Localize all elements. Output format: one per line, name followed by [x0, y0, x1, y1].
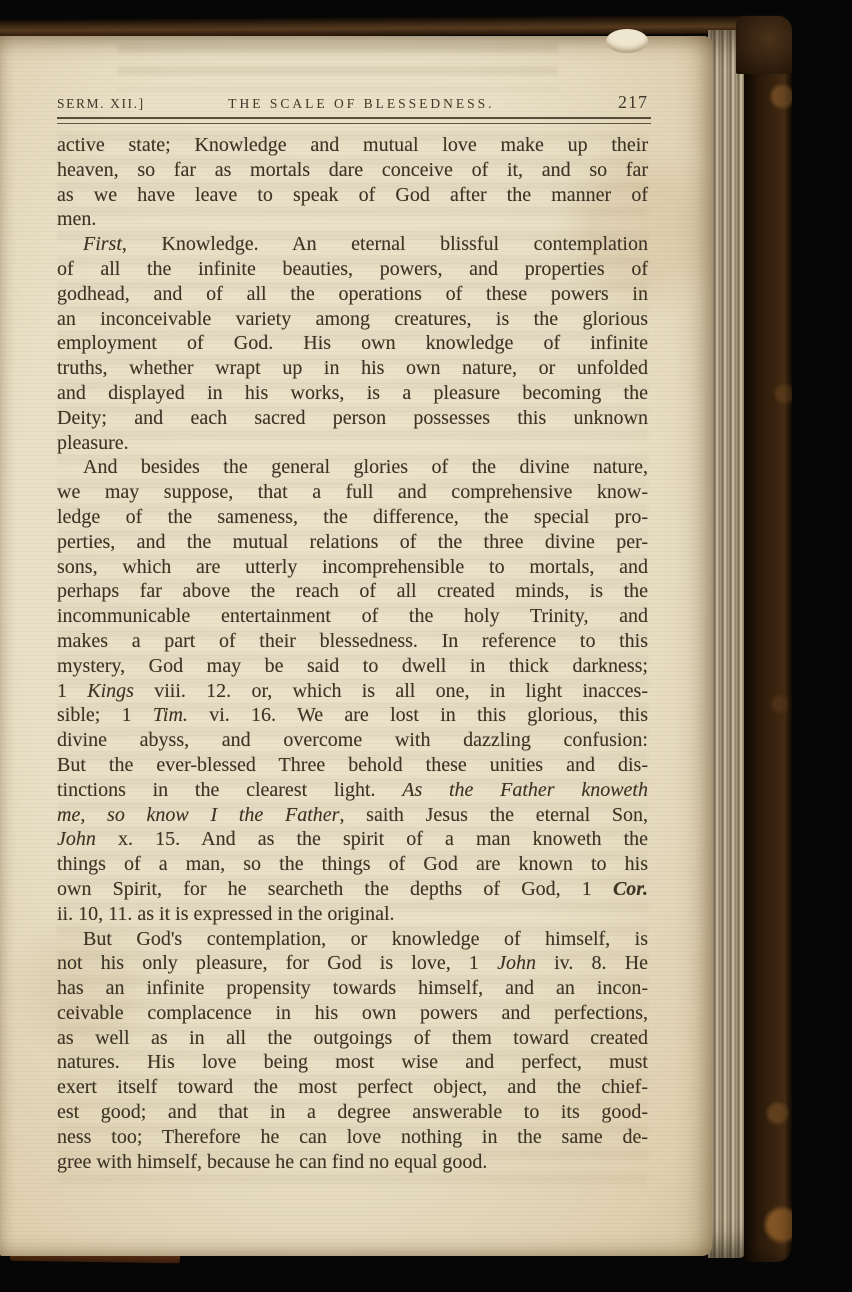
text-line: mystery, God may be said to dwell in thi…	[57, 654, 648, 679]
text-segment: not his only pleasure, for God is love, …	[57, 952, 497, 974]
text-line: men.	[57, 207, 648, 232]
text-segment: and displayed in his works, is a pleasur…	[57, 382, 648, 404]
book-top-leather-edge	[0, 15, 784, 38]
text-segment: ceivable complacence in his own powers a…	[57, 1002, 648, 1024]
header-section-label: SERM. XII.]	[57, 96, 145, 112]
header-double-rule	[57, 117, 651, 124]
text-line: we may suppose, that a full and comprehe…	[57, 480, 648, 505]
book-cover-corner	[736, 16, 792, 74]
text-line: exert itself toward the most perfect obj…	[57, 1075, 648, 1100]
text-line: active state; Knowledge and mutual love …	[57, 133, 648, 158]
header-page-number: 217	[618, 92, 648, 113]
text-segment: ii. 10, 11. as it is expressed in the or…	[57, 903, 395, 925]
text-segment: 1	[57, 680, 87, 702]
text-line: an inconceivable variety among creatures…	[57, 307, 648, 332]
text-line: gree with himself, because he can find n…	[57, 1150, 648, 1175]
text-line: incommunicable entertainment of the holy…	[57, 604, 648, 629]
text-line: perties, and the mutual relations of the…	[57, 530, 648, 555]
text-segment: sible; 1	[57, 704, 153, 726]
show-through-text-smudge	[118, 44, 558, 90]
text-segment: of all the infinite beauties, powers, an…	[57, 258, 648, 280]
text-segment: has an infinite propensity towards himse…	[57, 977, 648, 999]
text-segment: Deity; and each sacred person possesses …	[57, 407, 648, 429]
text-segment: truths, whether wrapt up in his own natu…	[57, 357, 648, 379]
text-segment: me, so know I the Father	[57, 804, 339, 826]
text-segment: sons, which are utterly incomprehensible…	[57, 556, 648, 578]
text-line: est good; and that in a degree answerabl…	[57, 1100, 648, 1125]
text-segment: makes a part of their blessedness. In re…	[57, 630, 648, 652]
text-segment: mystery, God may be said to dwell in thi…	[57, 655, 648, 677]
text-segment: as we have leave to speak of God after t…	[57, 184, 648, 206]
text-segment: As the Father knoweth	[402, 779, 648, 801]
book-photo: SERM. XII.] THE SCALE OF BLESSEDNESS. 21…	[0, 0, 852, 1292]
text-segment: tinctions in the clearest light.	[57, 779, 402, 801]
text-segment: employment of God. His own knowledge of …	[57, 332, 648, 354]
text-line: natures. His love being most wise and pe…	[57, 1050, 648, 1075]
text-line: tinctions in the clearest light. As the …	[57, 778, 648, 803]
text-line: ledge of the sameness, the difference, t…	[57, 505, 648, 530]
text-segment: we may suppose, that a full and comprehe…	[57, 481, 648, 503]
text-line: John x. 15. And as the spirit of a man k…	[57, 827, 648, 852]
text-segment: own Spirit, for he searcheth the depths …	[57, 878, 613, 900]
text-segment: x. 15. And as the spirit of a man knowet…	[96, 828, 648, 850]
text-segment: things of a man, so the things of God ar…	[57, 853, 648, 875]
text-segment: Cor.	[613, 878, 648, 900]
text-segment: natures. His love being most wise and pe…	[57, 1051, 648, 1073]
text-line: truths, whether wrapt up in his own natu…	[57, 356, 648, 381]
text-segment: ness too; Therefore he can love nothing …	[57, 1126, 648, 1148]
text-line: sible; 1 Tim. vi. 16. We are lost in thi…	[57, 703, 648, 728]
text-line: First, Knowledge. An eternal blissful co…	[57, 232, 648, 257]
text-segment: divine abyss, and overcome with dazzling…	[57, 729, 648, 751]
text-segment: iv. 8. He	[536, 952, 648, 974]
page-top-notch	[606, 29, 648, 53]
text-segment: ledge of the sameness, the difference, t…	[57, 506, 648, 528]
header-running-title: THE SCALE OF BLESSEDNESS.	[228, 96, 494, 112]
text-line: things of a man, so the things of God ar…	[57, 852, 648, 877]
text-segment: heaven, so far as mortals dare conceive …	[57, 159, 648, 181]
text-segment: exert itself toward the most perfect obj…	[57, 1076, 648, 1098]
text-line: ceivable complacence in his own powers a…	[57, 1001, 648, 1026]
text-line: of all the infinite beauties, powers, an…	[57, 257, 648, 282]
text-line: and displayed in his works, is a pleasur…	[57, 381, 648, 406]
text-segment: godhead, and of all the operations of th…	[57, 283, 648, 305]
text-line: has an infinite propensity towards himse…	[57, 976, 648, 1001]
text-segment: an inconceivable variety among creatures…	[57, 308, 648, 330]
text-segment: Kings	[87, 680, 134, 702]
text-line: ness too; Therefore he can love nothing …	[57, 1125, 648, 1150]
text-line: pleasure.	[57, 431, 648, 456]
text-line: divine abyss, and overcome with dazzling…	[57, 728, 648, 753]
text-segment: viii. 12. or, which is all one, in light…	[134, 680, 648, 702]
text-line: own Spirit, for he searcheth the depths …	[57, 877, 648, 902]
text-segment: pleasure.	[57, 432, 129, 454]
text-segment: as well as in all the outgoings of them …	[57, 1027, 648, 1049]
text-line: But God's contemplation, or knowledge of…	[57, 927, 648, 952]
page-text: active state; Knowledge and mutual love …	[57, 133, 648, 1174]
book-page-block-edge	[708, 30, 748, 1258]
text-line: 1 Kings viii. 12. or, which is all one, …	[57, 679, 648, 704]
text-line: employment of God. His own knowledge of …	[57, 331, 648, 356]
book-page: SERM. XII.] THE SCALE OF BLESSEDNESS. 21…	[0, 36, 712, 1256]
text-line: sons, which are utterly incomprehensible…	[57, 555, 648, 580]
text-segment: , saith Jesus the eternal Son,	[339, 804, 648, 826]
paragraph: active state; Knowledge and mutual love …	[57, 133, 648, 232]
text-line: as well as in all the outgoings of them …	[57, 1026, 648, 1051]
text-segment: incommunicable entertainment of the holy…	[57, 605, 648, 627]
text-segment: And besides the general glories of the d…	[83, 456, 648, 478]
text-line: perhaps far above the reach of all creat…	[57, 579, 648, 604]
text-line: And besides the general glories of the d…	[57, 455, 648, 480]
text-line: Deity; and each sacred person possesses …	[57, 406, 648, 431]
text-segment: But the ever-blessed Three behold these …	[57, 754, 648, 776]
text-line: heaven, so far as mortals dare conceive …	[57, 158, 648, 183]
text-segment: Tim.	[153, 704, 188, 726]
text-segment: perties, and the mutual relations of the…	[57, 531, 648, 553]
text-segment: First	[83, 233, 122, 255]
text-segment: est good; and that in a degree answerabl…	[57, 1101, 648, 1123]
text-line: as we have leave to speak of God after t…	[57, 183, 648, 208]
paragraph: First, Knowledge. An eternal blissful co…	[57, 232, 648, 455]
text-segment: gree with himself, because he can find n…	[57, 1151, 487, 1173]
text-segment: But God's contemplation, or knowledge of…	[83, 928, 648, 950]
text-line: makes a part of their blessedness. In re…	[57, 629, 648, 654]
text-line: me, so know I the Father, saith Jesus th…	[57, 803, 648, 828]
text-segment: , Knowledge. An eternal blissful contemp…	[122, 233, 648, 255]
running-header: SERM. XII.] THE SCALE OF BLESSEDNESS. 21…	[57, 92, 648, 113]
text-segment: active state; Knowledge and mutual love …	[57, 134, 648, 156]
paragraph: But God's contemplation, or knowledge of…	[57, 927, 648, 1175]
book-cover-leather-edge	[744, 22, 792, 1262]
text-line: But the ever-blessed Three behold these …	[57, 753, 648, 778]
text-line: godhead, and of all the operations of th…	[57, 282, 648, 307]
text-segment: John	[497, 952, 536, 974]
text-line: ii. 10, 11. as it is expressed in the or…	[57, 902, 648, 927]
text-segment: John	[57, 828, 96, 850]
text-segment: men.	[57, 208, 96, 230]
paragraph: And besides the general glories of the d…	[57, 455, 648, 926]
text-segment: vi. 16. We are lost in this glorious, th…	[188, 704, 648, 726]
text-segment: perhaps far above the reach of all creat…	[57, 580, 648, 602]
text-line: not his only pleasure, for God is love, …	[57, 951, 648, 976]
